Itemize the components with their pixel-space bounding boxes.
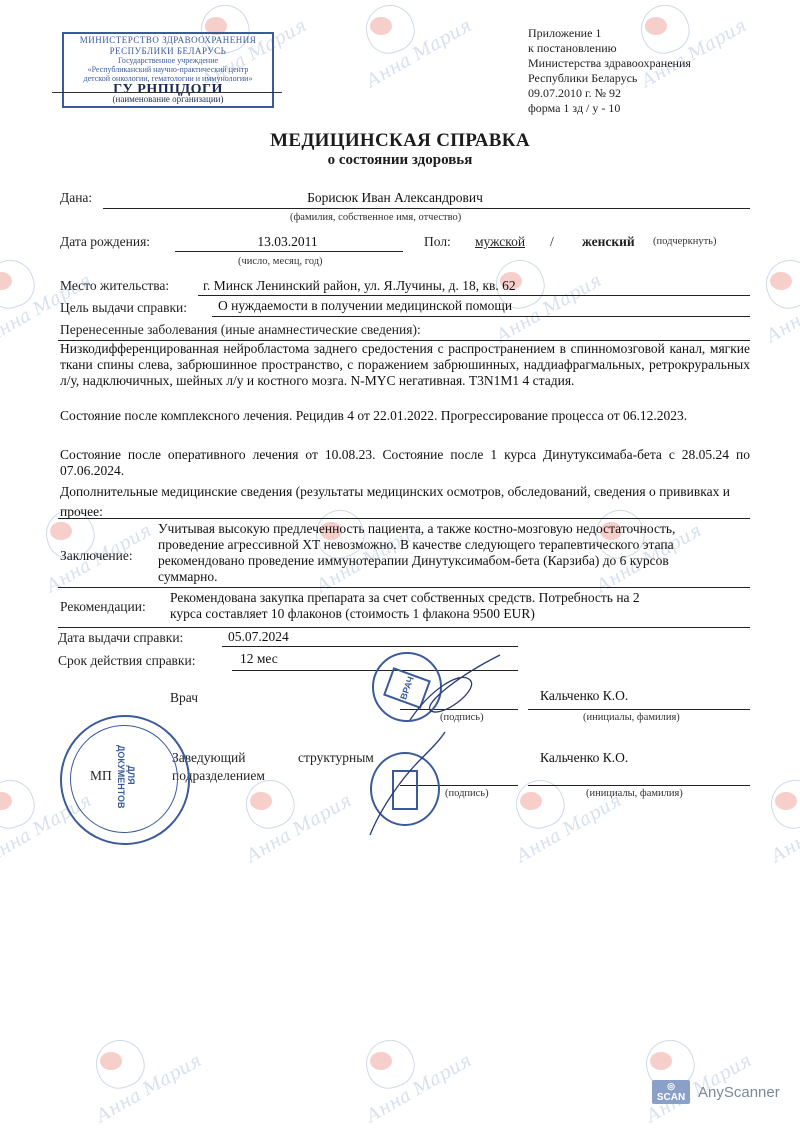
divider	[52, 92, 282, 93]
recommendations-value: Рекомендована закупка препарата за счет …	[170, 590, 650, 622]
recommendations-label: Рекомендации:	[60, 599, 146, 615]
organization-stamp: МИНИСТЕРСТВО ЗДРАВООХРАНЕНИЯ РЕСПУБЛИКИ …	[62, 32, 274, 108]
history-label: Перенесенные заболевания (иные анамнести…	[60, 322, 421, 338]
watermark-logo-icon: Анна Мария	[510, 770, 580, 850]
underline	[528, 785, 750, 786]
document-subtitle: о состоянии здоровья	[0, 152, 800, 169]
underline	[175, 251, 403, 252]
divider	[58, 627, 750, 628]
underline	[198, 295, 750, 296]
sex-male-selected: мужской	[475, 234, 525, 250]
conclusion-value: Учитывая высокую предлеченность пациента…	[158, 521, 718, 585]
official-seal: ДЛЯ ДОКУМЕНТОВ	[60, 715, 190, 845]
underline	[212, 316, 750, 317]
underline	[222, 646, 518, 647]
patient-name: Борисюк Иван Александрович	[100, 190, 690, 206]
validity-value: 12 мес	[240, 651, 278, 667]
issued-to-label: Дана:	[60, 190, 92, 206]
sex-label: Пол:	[424, 234, 451, 250]
dob-hint: (число, месяц, год)	[238, 256, 323, 267]
residence-label: Место жительства:	[60, 278, 169, 294]
history-diagnosis: Низкодифференцированная нейробластома за…	[60, 341, 750, 389]
dob-value: 13.03.2011	[175, 234, 400, 250]
residence-value: г. Минск Ленинский район, ул. Я.Лучины, …	[203, 278, 516, 294]
validity-label: Срок действия справки:	[58, 653, 195, 669]
history-relapse: Состояние после комплексного лечения. Ре…	[60, 408, 750, 424]
history-treatment: Состояние после оперативного лечения от …	[60, 447, 750, 479]
issue-date-value: 05.07.2024	[228, 629, 289, 645]
dob-label: Дата рождения:	[60, 234, 150, 250]
additional-info-label: Дополнительные медицинские сведения (рез…	[60, 482, 730, 522]
watermark-logo-icon: Анна Мария	[760, 250, 800, 330]
underline	[103, 208, 750, 209]
issue-date-label: Дата выдачи справки:	[58, 630, 183, 646]
watermark-logo-icon: Анна Мария	[0, 250, 50, 330]
underline	[528, 709, 750, 710]
sex-female: женский	[582, 234, 635, 250]
purpose-label: Цель выдачи справки:	[60, 300, 187, 316]
watermark-logo-icon: Анна Мария	[0, 770, 50, 850]
watermark-logo-icon: Анна Мария	[360, 0, 430, 75]
head-signature	[360, 730, 450, 840]
head-name: Кальченко К.О.	[540, 750, 628, 766]
signature-hint: (подпись)	[445, 788, 489, 799]
watermark-logo-icon: Анна Мария	[360, 1030, 430, 1110]
appendix-note: Приложение 1 к постановлению Министерств…	[528, 26, 691, 116]
organization-caption: (наименование организации)	[84, 95, 252, 104]
doctor-label: Врач	[170, 690, 198, 706]
issued-to-hint: (фамилия, собственное имя, отчество)	[290, 212, 461, 223]
name-hint: (инициалы, фамилия)	[586, 788, 683, 799]
watermark-logo-icon: Анна Мария	[765, 770, 800, 850]
scanner-logo-icon: ◎ SCAN	[652, 1080, 690, 1104]
conclusion-label: Заключение:	[60, 548, 133, 564]
divider	[58, 518, 750, 519]
document-title: МЕДИЦИНСКАЯ СПРАВКА	[0, 130, 800, 152]
watermark-logo-icon: Анна Мария	[90, 1030, 160, 1110]
scanner-brand: AnyScanner	[698, 1084, 780, 1101]
divider	[58, 587, 750, 588]
sex-separator: /	[550, 234, 554, 250]
sex-hint: (подчеркнуть)	[653, 236, 716, 247]
doctor-name: Кальченко К.О.	[540, 688, 628, 704]
purpose-value: О нуждаемости в получении медицинской по…	[218, 298, 512, 314]
name-hint: (инициалы, фамилия)	[583, 712, 680, 723]
doctor-signature	[400, 650, 510, 730]
